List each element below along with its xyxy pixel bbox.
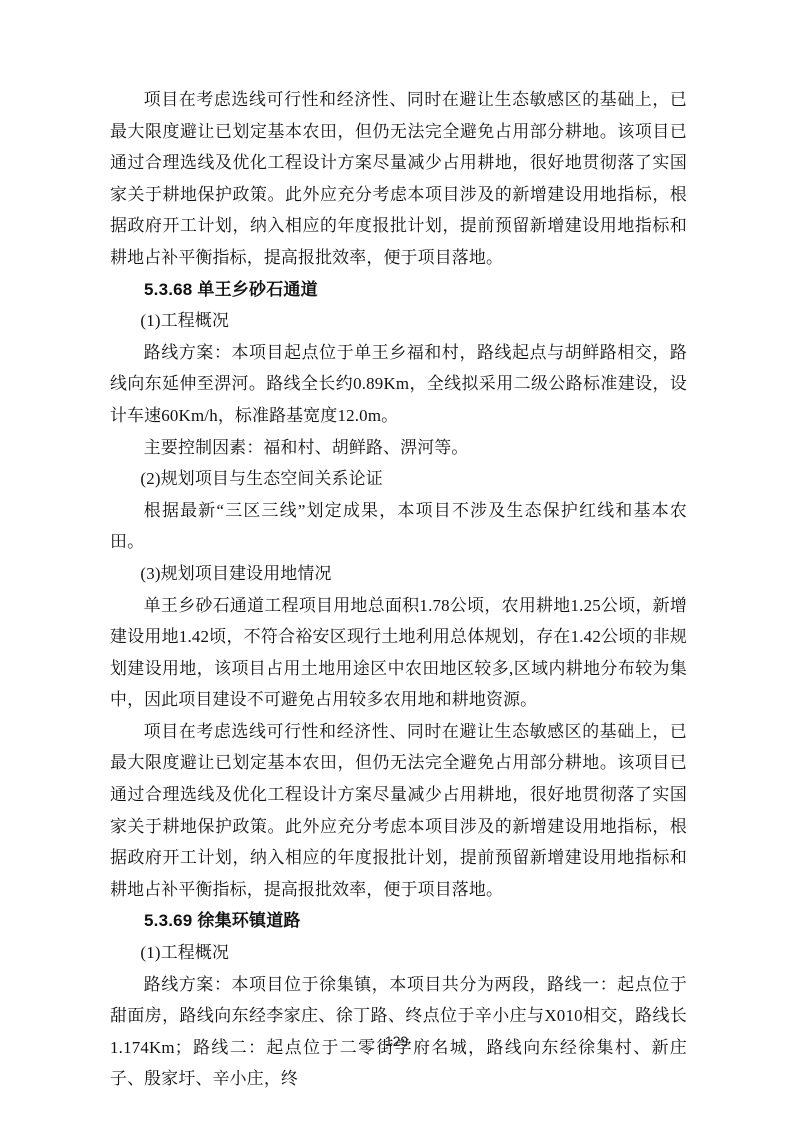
document-body: 项目在考虑选线可行性和经济性、同时在避让生态敏感区的基础上，已最大限度避让已划定…: [110, 84, 687, 1095]
body-paragraph: 项目在考虑选线可行性和经济性、同时在避让生态敏感区的基础上，已最大限度避让已划定…: [110, 716, 687, 906]
section-heading: 5.3.69 徐集环镇道路: [110, 905, 687, 937]
document-page: 项目在考虑选线可行性和经济性、同时在避让生态敏感区的基础上，已最大限度避让已划定…: [0, 0, 793, 1122]
body-paragraph: 项目在考虑选线可行性和经济性、同时在避让生态敏感区的基础上，已最大限度避让已划定…: [110, 84, 687, 274]
sub-heading: (1)工程概况: [110, 937, 687, 969]
body-paragraph: 路线方案：本项目起点位于单王乡福和村，路线起点与胡鲜路相交，路线向东延伸至淠河。…: [110, 337, 687, 432]
sub-heading: (2)规划项目与生态空间关系论证: [110, 463, 687, 495]
body-paragraph: 主要控制因素：福和村、胡鲜路、淠河等。: [110, 432, 687, 464]
body-paragraph: 单王乡砂石通道工程项目用地总面积1.78公顷，农用耕地1.25公顷，新增建设用地…: [110, 590, 687, 716]
page-number: 129: [0, 1033, 793, 1049]
body-paragraph: 路线方案：本项目位于徐集镇，本项目共分为两段，路线一：起点位于甜面房，路线向东经…: [110, 969, 687, 1095]
body-paragraph: 根据最新“三区三线”划定成果，本项目不涉及生态保护红线和基本农田。: [110, 495, 687, 558]
sub-heading: (1)工程概况: [110, 305, 687, 337]
section-heading: 5.3.68 单王乡砂石通道: [110, 274, 687, 306]
sub-heading: (3)规划项目建设用地情况: [110, 558, 687, 590]
